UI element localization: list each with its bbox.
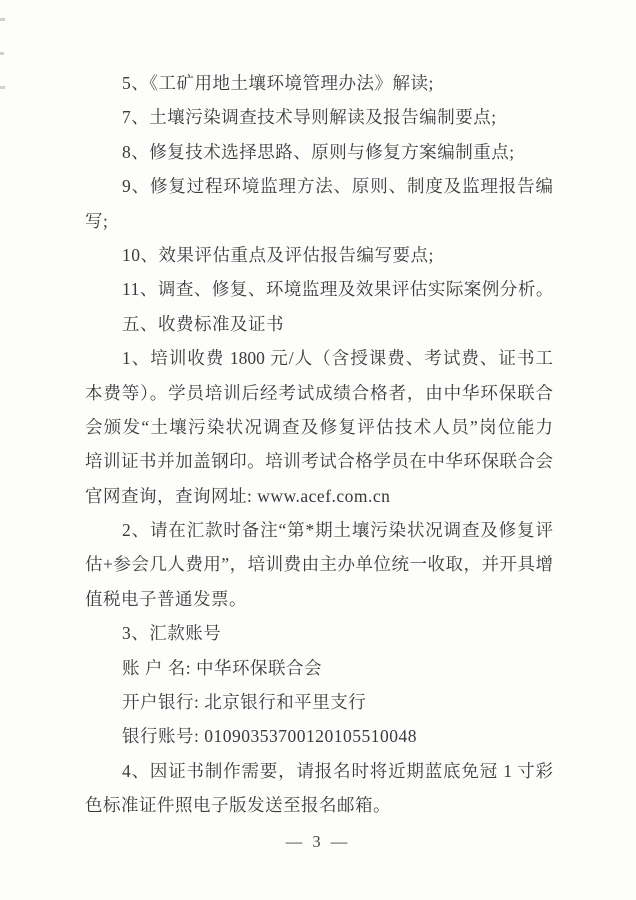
curriculum-item-7: 7、土壤污染调查技术导则解读及报告编制要点; bbox=[85, 100, 553, 134]
scan-artifact bbox=[0, 52, 4, 55]
website-line: 官网查询，查询网址: www.acef.com.cn bbox=[85, 479, 553, 513]
bank-name-line: 开户银行: 北京银行和平里支行 bbox=[85, 685, 553, 719]
remittance-note-line-3: 值税电子普通发票。 bbox=[85, 582, 553, 616]
document-body: 5、《工矿用地土壤环境管理办法》解读; 7、土壤污染调查技术导则解读及报告编制要… bbox=[85, 66, 553, 823]
account-number-line: 银行账号: 01090353700120105510048 bbox=[85, 719, 553, 753]
curriculum-item-8: 8、修复技术选择思路、原则与修复方案编制重点; bbox=[85, 135, 553, 169]
fee-paragraph-line-2: 本费等）。学员培训后经考试成绩合格者，由中华环保联合 bbox=[85, 376, 553, 410]
curriculum-item-9-cont: 写; bbox=[85, 204, 553, 238]
remittance-account-header: 3、汇款账号 bbox=[85, 616, 553, 650]
curriculum-item-5: 5、《工矿用地土壤环境管理办法》解读; bbox=[85, 66, 553, 100]
photo-requirement-line-1: 4、因证书制作需要，请报名时将近期蓝底免冠 1 寸彩 bbox=[85, 754, 553, 788]
fee-paragraph-line-3: 会颁发“土壤污染状况调查及修复评估技术人员”岗位能力 bbox=[85, 410, 553, 444]
photo-requirement-line-2: 色标准证件照电子版发送至报名邮箱。 bbox=[85, 788, 553, 822]
section-header-fees: 五、收费标准及证书 bbox=[85, 307, 553, 341]
remittance-note-line-2: 估+参会几人费用”，培训费由主办单位统一收取，并开具增 bbox=[85, 547, 553, 581]
scan-artifact bbox=[0, 18, 5, 21]
fee-paragraph-line-1: 1、培训收费 1800 元/人（含授课费、考试费、证书工 bbox=[85, 341, 553, 375]
document-page: 5、《工矿用地土壤环境管理办法》解读; 7、土壤污染调查技术导则解读及报告编制要… bbox=[0, 0, 636, 900]
remittance-note-line-1: 2、请在汇款时备注“第*期土壤污染状况调查及修复评 bbox=[85, 513, 553, 547]
account-name-line: 账 户 名: 中华环保联合会 bbox=[85, 651, 553, 685]
curriculum-item-11: 11、调查、修复、环境监理及效果评估实际案例分析。 bbox=[85, 272, 553, 306]
curriculum-item-10: 10、效果评估重点及评估报告编写要点; bbox=[85, 238, 553, 272]
curriculum-item-9: 9、修复过程环境监理方法、原则、制度及监理报告编 bbox=[85, 169, 553, 203]
scan-artifact bbox=[0, 86, 5, 89]
page-number: — 3 — bbox=[0, 832, 636, 852]
fee-paragraph-line-4: 培训证书并加盖钢印。培训考试合格学员在中华环保联合会 bbox=[85, 444, 553, 478]
